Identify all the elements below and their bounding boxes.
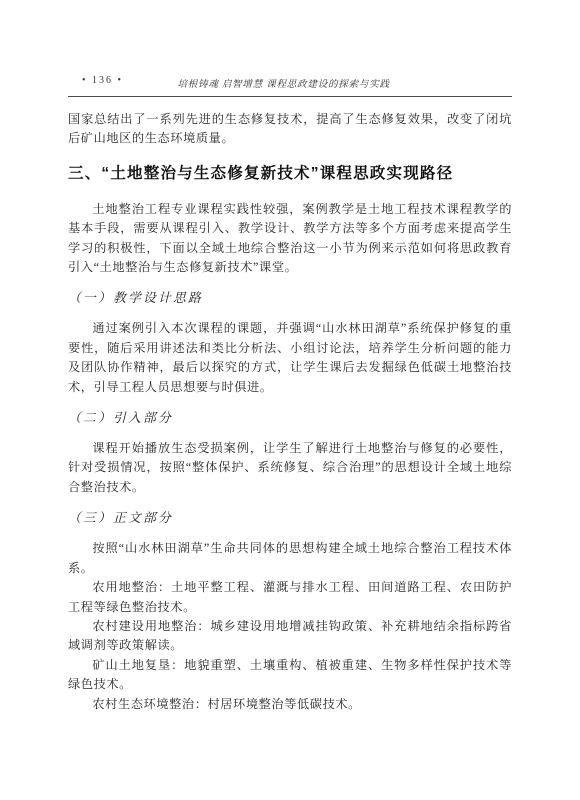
paragraph-continued: 国家总结出了一系列先进的生态修复技术，提高了生态修复效果，改变了闭坑后矿山地区的… <box>68 110 512 149</box>
book-page: • 136 • 培根铸魂 启智增慧 课程思政建设的探索与实践 国家总结出了一系列… <box>0 0 580 800</box>
paragraph: 矿山土地复垦：地貌重塑、土壤重构、植被重建、生物多样性保护技术等绿色技术。 <box>68 656 512 695</box>
page-number: • 136 • <box>82 75 123 86</box>
subsection-heading-3: （三）正文部分 <box>68 509 512 527</box>
body-text: 国家总结出了一系列先进的生态修复技术，提高了生态修复效果，改变了闭坑后矿山地区的… <box>68 110 512 714</box>
subsection-heading-1: （一）教学设计思路 <box>68 289 512 307</box>
running-head-title: 培根铸魂 启智增慧 课程思政建设的探索与实践 <box>177 76 389 90</box>
section-heading: 三、“土地整治与生态修复新技术”课程思政实现路径 <box>68 163 512 184</box>
paragraph: 土地整治工程专业课程实践性较强，案例教学是土地工程技术课程教学的基本手段，需要从… <box>68 200 512 278</box>
subsection-heading-2: （二）引入部分 <box>68 409 512 427</box>
page-header: • 136 • 培根铸魂 启智增慧 课程思政建设的探索与实践 <box>68 74 512 97</box>
paragraph: 农村建设用地整治：城乡建设用地增减挂钩政策、补充耕地结余指标跨省域调剂等政策解读… <box>68 617 512 656</box>
paragraph: 农用地整治：土地平整工程、灌溉与排水工程、田间道路工程、农田防护工程等绿色整治技… <box>68 578 512 617</box>
paragraph: 通过案例引入本次课程的课题，并强调“山水林田湖草”系统保护修复的重要性，随后采用… <box>68 319 512 397</box>
paragraph: 农村生态环境整治：村居环境整治等低碳技术。 <box>68 695 512 714</box>
paragraph: 课程开始播放生态受损案例，让学生了解进行土地整治与修复的必要性，针对受损情况，按… <box>68 439 512 497</box>
page-content-area: • 136 • 培根铸魂 启智增慧 课程思政建设的探索与实践 国家总结出了一系列… <box>68 74 512 714</box>
paragraph: 按照“山水林田湖草”生命共同体的思想构建全域土地综合整治工程技术体系。 <box>68 539 512 578</box>
